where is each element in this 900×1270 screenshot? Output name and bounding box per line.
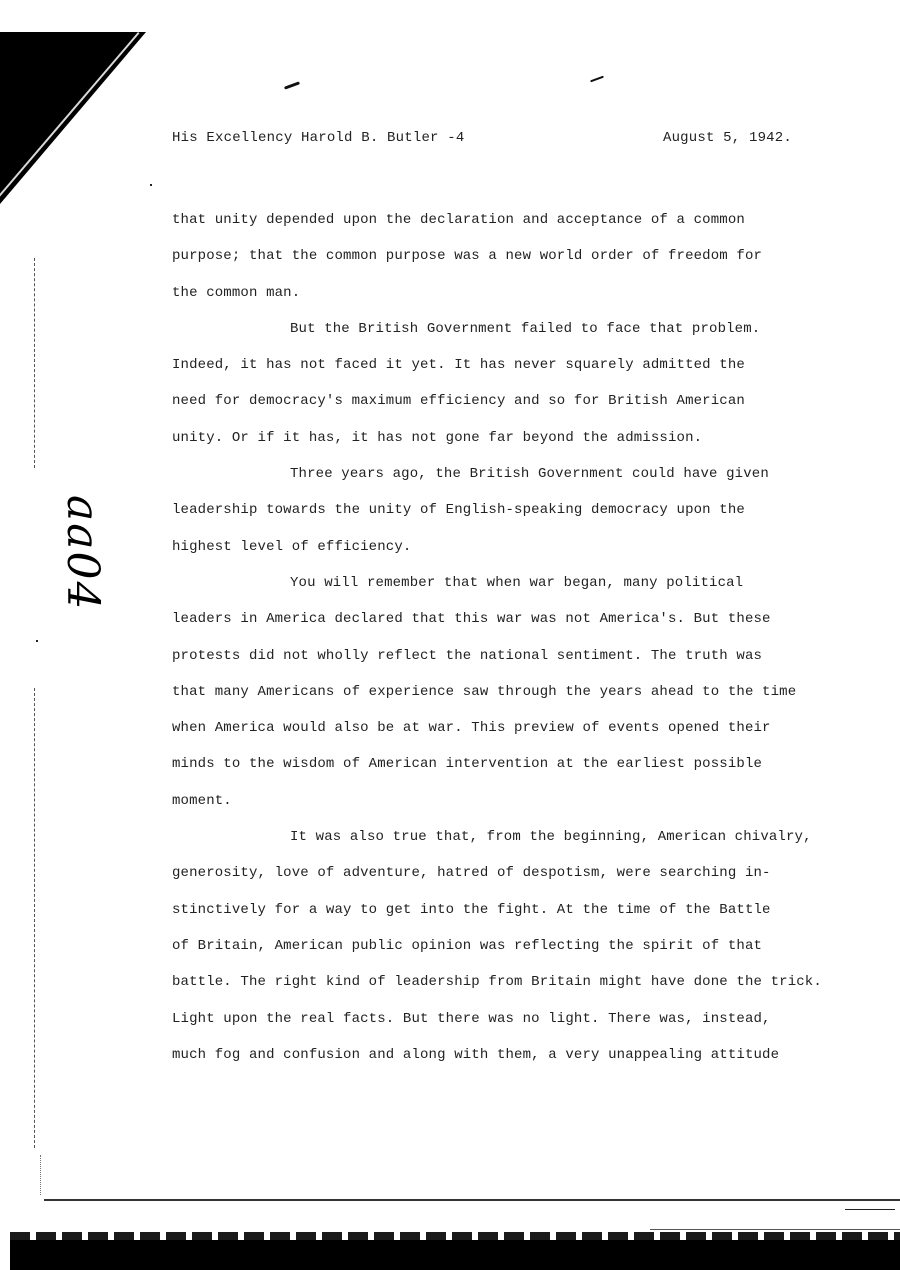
scan-smudge-right <box>590 76 604 83</box>
scan-rule-mid-right <box>650 1229 900 1230</box>
body-line: that unity depended upon the declaration… <box>172 202 872 238</box>
header-recipient: His Excellency Harold B. Butler -4 <box>172 130 464 146</box>
body-line: It was also true that, from the beginnin… <box>172 819 872 855</box>
scan-corner-fold <box>0 32 146 204</box>
body-line: Indeed, it has not faced it yet. It has … <box>172 347 872 383</box>
body-line: moment. <box>172 783 872 819</box>
letter-header: His Excellency Harold B. Butler -4 Augus… <box>172 130 792 146</box>
scan-smudge-left <box>284 81 300 89</box>
scan-dot <box>36 640 38 642</box>
body-line: generosity, love of adventure, hatred of… <box>172 855 872 891</box>
body-line: You will remember that when war began, m… <box>172 565 872 601</box>
body-line: need for democracy's maximum efficiency … <box>172 383 872 419</box>
scan-rule-bottom <box>44 1199 900 1201</box>
body-line: much fog and confusion and along with th… <box>172 1037 872 1073</box>
handwritten-page-number: aa04 <box>60 495 104 611</box>
body-line: that many Americans of experience saw th… <box>172 674 872 710</box>
body-line: Light upon the real facts. But there was… <box>172 1001 872 1037</box>
body-line: leadership towards the unity of English-… <box>172 492 872 528</box>
header-date: August 5, 1942. <box>663 130 792 146</box>
body-line: when America would also be at war. This … <box>172 710 872 746</box>
body-line: But the British Government failed to fac… <box>172 311 872 347</box>
body-line: highest level of efficiency. <box>172 529 872 565</box>
left-margin-mark-top <box>34 258 35 468</box>
body-line: protests did not wholly reflect the nati… <box>172 638 872 674</box>
scan-rule-short-right <box>845 1209 895 1210</box>
body-line: battle. The right kind of leadership fro… <box>172 964 872 1000</box>
body-line: Three years ago, the British Government … <box>172 456 872 492</box>
scan-bottom-bar <box>10 1240 900 1270</box>
body-line: leaders in America declared that this wa… <box>172 601 872 637</box>
body-line: purpose; that the common purpose was a n… <box>172 238 872 274</box>
left-frame-edge <box>40 1155 41 1195</box>
body-line: stinctively for a way to get into the fi… <box>172 892 872 928</box>
body-line: of Britain, American public opinion was … <box>172 928 872 964</box>
letter-body: that unity depended upon the declaration… <box>172 202 872 1073</box>
body-line: unity. Or if it has, it has not gone far… <box>172 420 872 456</box>
body-line: minds to the wisdom of American interven… <box>172 746 872 782</box>
body-line: the common man. <box>172 275 872 311</box>
left-margin-mark-bottom <box>34 688 35 1148</box>
scan-dot <box>150 184 152 186</box>
